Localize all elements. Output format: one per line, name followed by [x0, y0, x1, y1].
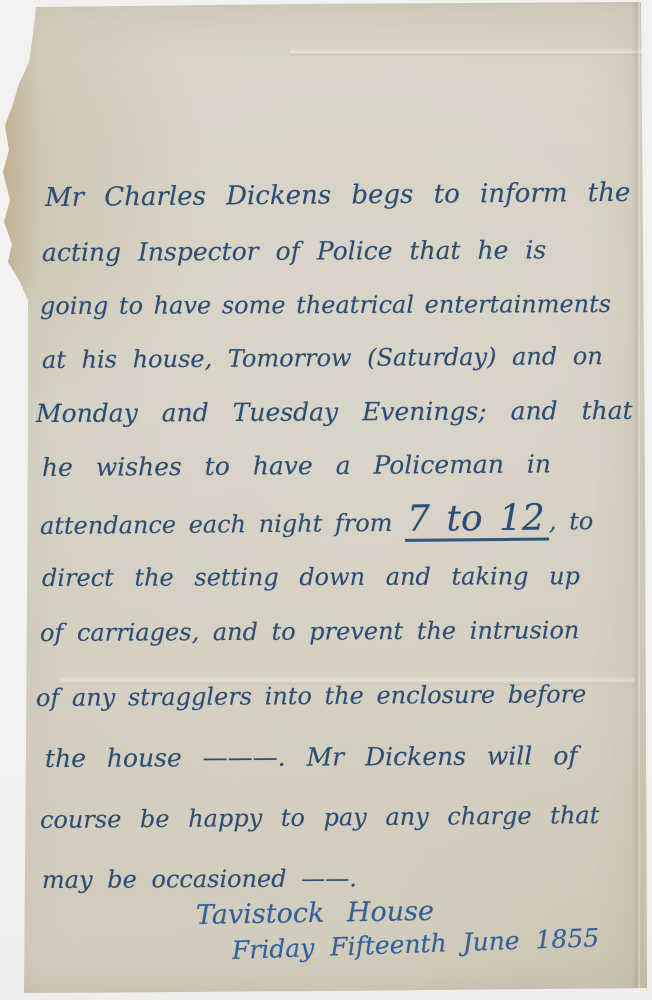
handwritten-line-13: may be occasioned ——. [42, 864, 357, 894]
handwritten-line-3: going to have some theatrical entertainm… [40, 290, 611, 320]
handwritten-line-11: the house ———. Mr Dickens will of [45, 741, 578, 773]
handwritten-line-7: attendance each night from 7 to 12, to [40, 500, 594, 545]
handwritten-line-4: at his house, Tomorrow (Saturday) and on [42, 342, 603, 374]
handwritten-line-6: he wishes to have a Policeman in [42, 449, 551, 482]
line-7-prefix: attendance each night from [40, 509, 405, 540]
handwritten-line-9: of carriages, and to prevent the intrusi… [40, 616, 579, 647]
crease-line-top [290, 48, 642, 57]
line-7-suffix: , to [549, 507, 594, 535]
handwritten-line-1: Mr Charles Dickens begs to inform the [45, 178, 631, 213]
signoff-date: Friday Fifteenth June 1855 [231, 923, 599, 965]
handwritten-line-2: acting Inspector of Police that he is [42, 235, 546, 267]
signoff-place: Tavistock House [196, 896, 434, 931]
handwritten-line-12: course be happy to pay any charge that [40, 801, 600, 834]
handwritten-line-8: direct the setting down and taking up [42, 562, 580, 592]
right-edge-shadow [632, 2, 640, 990]
scanned-letter-page: Mr Charles Dickens begs to inform the ac… [0, 0, 652, 1000]
paper-sheet: Mr Charles Dickens begs to inform the ac… [0, 0, 652, 1000]
torn-edge [0, 36, 36, 291]
handwritten-line-5: Monday and Tuesday Evenings; and that [36, 396, 633, 428]
underlined-hours: 7 to 12 [405, 501, 549, 542]
handwritten-line-10: of any stragglers into the enclosure bef… [36, 680, 587, 712]
